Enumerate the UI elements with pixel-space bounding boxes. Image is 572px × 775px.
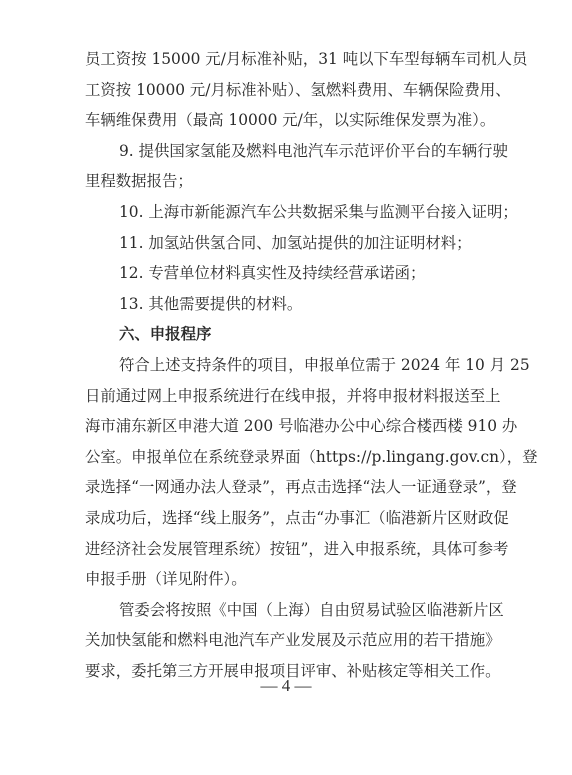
paragraph-line: 录成功后，选择“线上服务”，点击“办事汇（临港新片区财政促: [85, 503, 495, 534]
paragraph-line: 公室。申报单位在系统登录界面（https://p.lingang.gov.cn）…: [85, 442, 495, 473]
paragraph-line: 工资按 10000 元/月标准补贴）、氢燃料费用、车辆保险费用、: [85, 75, 495, 106]
paragraph-line: 海市浦东新区申港大道 200 号临港办公中心综合楼西楼 910 办: [85, 411, 495, 442]
paragraph-line: 关加快氢能和燃料电池汽车产业发展及示范应用的若干措施》: [85, 625, 495, 656]
paragraph-line: 申报手册（详见附件）。: [85, 564, 495, 595]
paragraph-line: 管委会将按照《中国（上海）自由贸易试验区临港新片区: [85, 595, 495, 626]
document-page: 员工资按 15000 元/月标准补贴，31 吨以下车型每辆车司机人员 工资按 1…: [85, 44, 495, 686]
paragraph-line: 日前通过网上申报系统进行在线申报，并将申报材料报送至上: [85, 381, 495, 412]
list-item-13: 13. 其他需要提供的材料。: [85, 289, 495, 320]
paragraph-line: 符合上述支持条件的项目，申报单位需于 2024 年 10 月 25: [85, 350, 495, 381]
list-item-10: 10. 上海市新能源汽车公共数据采集与监测平台接入证明；: [85, 197, 495, 228]
section-heading: 六、申报程序: [85, 319, 495, 350]
page-number: — 4 —: [0, 676, 572, 696]
paragraph-line: 员工资按 15000 元/月标准补贴，31 吨以下车型每辆车司机人员: [85, 44, 495, 75]
list-item-9: 9. 提供国家氢能及燃料电池汽车示范评价平台的车辆行驶: [85, 136, 495, 167]
paragraph-line: 里程数据报告；: [85, 166, 495, 197]
list-item-12: 12. 专营单位材料真实性及持续经营承诺函；: [85, 258, 495, 289]
paragraph-line: 进经济社会发展管理系统）按钮”，进入申报系统，具体可参考: [85, 534, 495, 565]
list-item-11: 11. 加氢站供氢合同、加氢站提供的加注证明材料；: [85, 228, 495, 259]
paragraph-line: 车辆维保费用（最高 10000 元/年，以实际维保发票为准）。: [85, 105, 495, 136]
paragraph-line: 录选择“一网通办法人登录”，再点击选择“法人一证通登录”，登: [85, 472, 495, 503]
